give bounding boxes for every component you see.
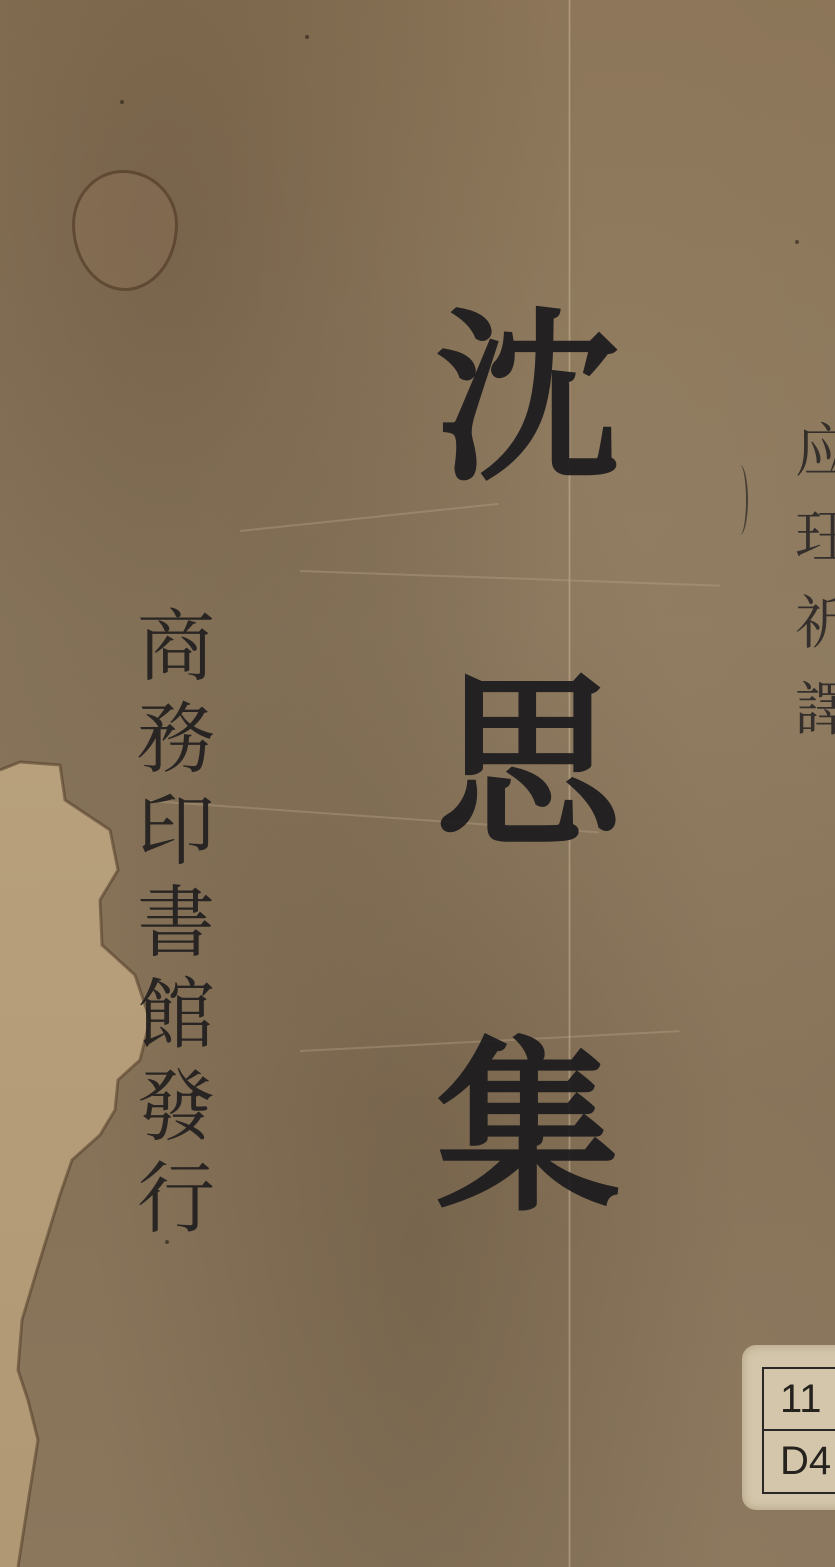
book-title: 沈思集 — [420, 300, 605, 1395]
translator-credit: 应珏祈譯 — [788, 420, 835, 764]
book-cover: 沈思集 商務印書館發行 应珏祈譯 11 D4 — [0, 0, 835, 1567]
bracket-mark — [732, 465, 748, 535]
call-number-line-2: D4 — [764, 1429, 835, 1491]
call-number-line-1: 11 — [764, 1369, 835, 1429]
library-call-number-label: 11 D4 — [742, 1345, 835, 1510]
ink-speck — [305, 35, 309, 39]
ink-speck — [795, 240, 799, 244]
ink-speck — [120, 100, 124, 104]
publisher-imprint: 商務印書館發行 — [130, 605, 208, 1249]
call-number-box: 11 D4 — [762, 1367, 835, 1494]
water-stain — [72, 170, 178, 291]
